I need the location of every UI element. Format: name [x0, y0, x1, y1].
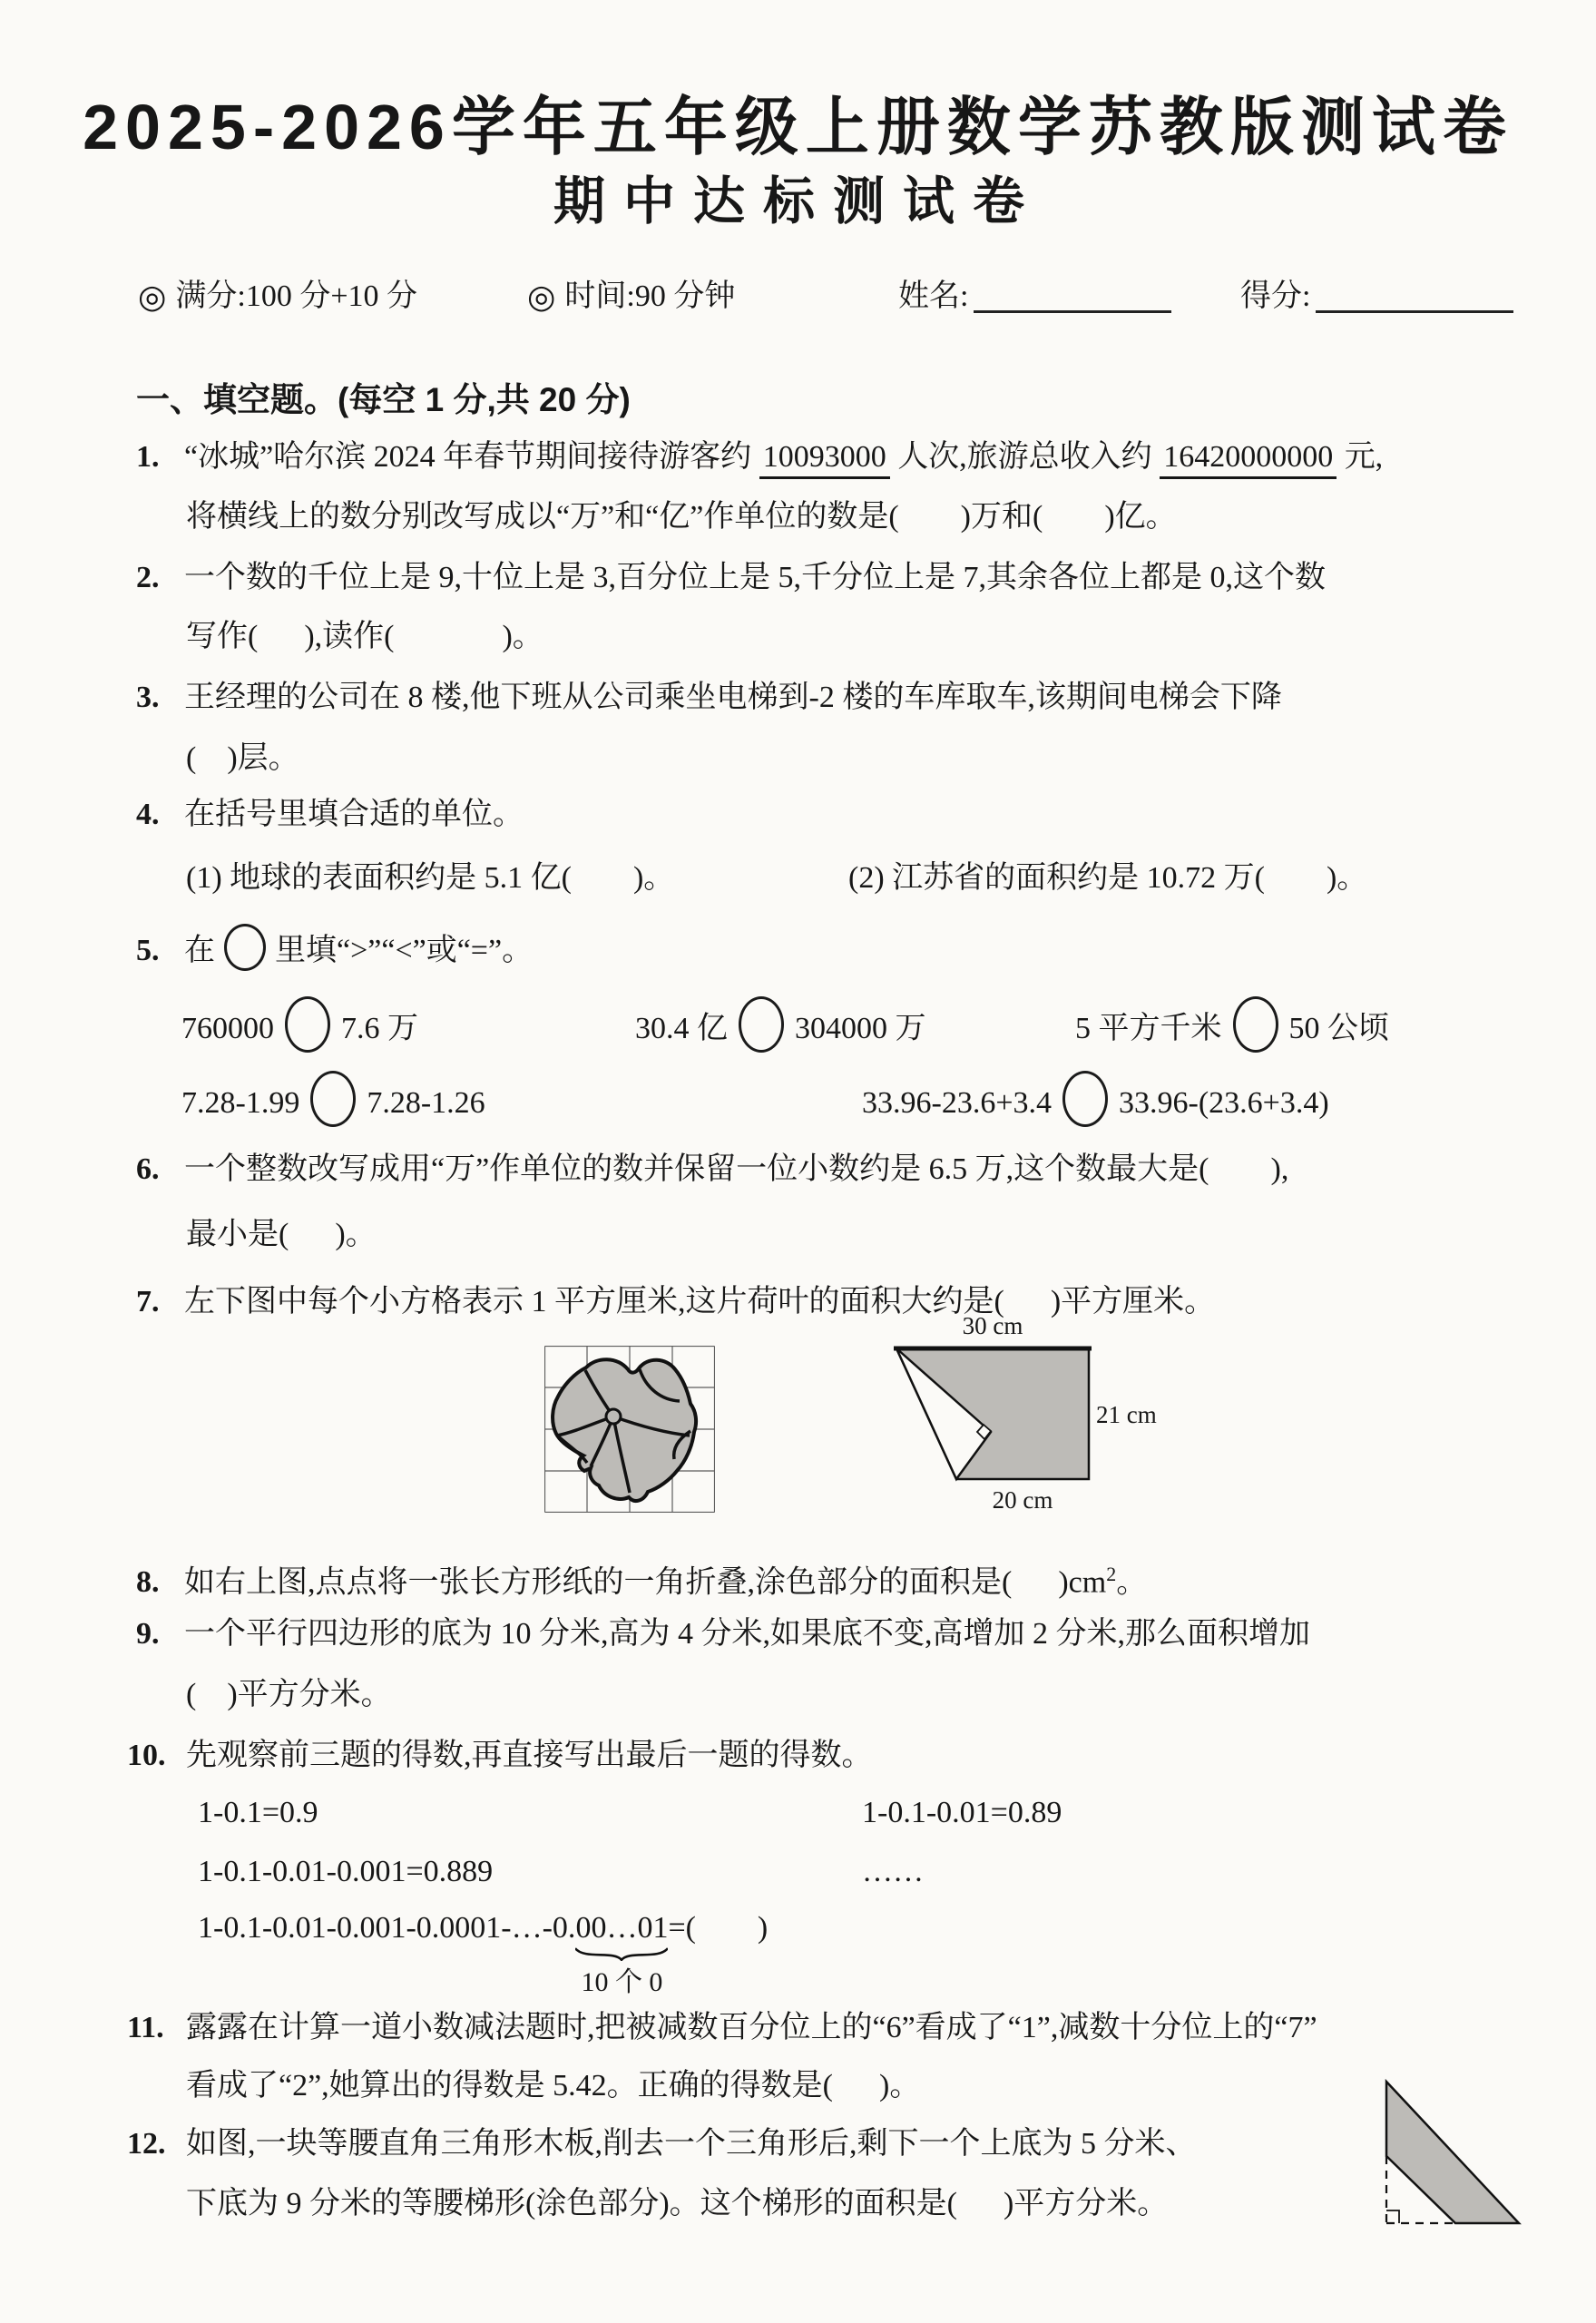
question-6-line-2: 最小是( )。 [186, 1214, 377, 1256]
full-score-info: ◎满分:100 分+10 分 [138, 270, 417, 316]
score-label: 得分: [1240, 279, 1310, 313]
question-2-line-2: 写作( ),读作( )。 [186, 616, 543, 658]
compare-item: 33.96-23.6+3.433.96-(23.6+3.4) [862, 1071, 1329, 1127]
equation: 1-0.1-0.01-0.001=0.889 [198, 1851, 493, 1893]
brace-count-label: 10 个 0 [581, 1962, 662, 2004]
question-number: 10. [127, 1735, 186, 1777]
right-operand: 7.6 万 [341, 1012, 418, 1045]
compare-circle-blank [285, 996, 330, 1053]
question-text: 先观察前三题的得数,再直接写出最后一题的得数。 [186, 1739, 873, 1772]
question-5-line-1: 5.在里填“>”“<”或“=”。 [136, 924, 533, 972]
question-number: 6. [136, 1149, 184, 1191]
top-dimension-label: 30 cm [963, 1312, 1023, 1339]
question-number: 3. [136, 677, 184, 719]
question-text: 一个平行四边形的底为 10 分米,高为 4 分米,如果底不变,高增加 2 分米,… [184, 1617, 1310, 1651]
paper-title: 2025-2026学年五年级上册数学苏教版测试卷 [0, 76, 1596, 168]
equation: 1-0.1-0.01=0.89 [862, 1792, 1062, 1834]
right-angle-marker [1386, 2210, 1399, 2223]
equation: 1-0.1=0.9 [198, 1792, 318, 1834]
compare-item: 5 平方千米50 公顷 [1075, 996, 1389, 1053]
question-text: 王经理的公司在 8 楼,他下班从公司乘坐电梯到-2 楼的车库取车,该期间电梯会下… [184, 681, 1282, 714]
shaded-trapezoid [1386, 2082, 1519, 2223]
question-11-line-2: 看成了“2”,她算出的得数是 5.42。正确的得数是( )。 [186, 2065, 920, 2107]
compare-item: 7.28-1.997.28-1.26 [181, 1071, 485, 1127]
lotus-leaf-grid-figure [544, 1346, 715, 1513]
question-number: 7. [136, 1281, 184, 1323]
compare-circle-blank [224, 924, 266, 971]
score-field: 得分: [1240, 270, 1513, 315]
left-operand: 760000 [181, 1012, 274, 1045]
test-paper-page: 2025-2026学年五年级上册数学苏教版测试卷 期中达标测试卷 ◎满分:100… [0, 0, 1596, 2323]
question-text: 如右上图,点点将一张长方形纸的一角折叠,涂色部分的面积是( )cm [184, 1565, 1106, 1599]
question-number: 8. [136, 1562, 184, 1603]
left-operand: 30.4 亿 [635, 1012, 728, 1045]
underlined-number: 10093000 [759, 440, 890, 479]
time-info: ◎时间:90 分钟 [527, 270, 735, 316]
score-blank-line [1316, 283, 1513, 313]
compare-circle-blank [739, 996, 784, 1053]
question-number: 11. [127, 2007, 186, 2049]
equation-text: 1-0.1-0.01-0.001-0.0001-…-0. [198, 1911, 575, 1945]
leaf-center [606, 1409, 621, 1424]
question-number: 5. [136, 930, 184, 972]
question-text: “冰城”哈尔滨 2024 年春节期间接待游客约 [184, 440, 759, 474]
question-1-line-1: 1.“冰城”哈尔滨 2024 年春节期间接待游客约 10093000 人次,旅游… [136, 436, 1383, 478]
right-operand: 50 公顷 [1289, 1012, 1390, 1045]
question-text: 人次,旅游总收入约 [890, 440, 1160, 474]
braced-digits: 00…01 [575, 1911, 668, 1945]
question-text: 露露在计算一道小数减法题时,把被减数百分位上的“6”看成了“1”,减数十分位上的… [186, 2011, 1317, 2044]
name-label: 姓名: [898, 279, 968, 313]
question-1-line-2: 将横线上的数分别改写成以“万”和“亿”作单位的数是( )万和( )亿。 [186, 496, 1177, 538]
question-number: 9. [136, 1613, 184, 1655]
name-field: 姓名: [898, 270, 1171, 315]
question-9-line-1: 9.一个平行四边形的底为 10 分米,高为 4 分米,如果底不变,高增加 2 分… [136, 1613, 1310, 1655]
question-8-line-1: 8.如右上图,点点将一张长方形纸的一角折叠,涂色部分的面积是( )cm2。 [136, 1554, 1147, 1603]
right-operand: 304000 万 [795, 1012, 926, 1045]
question-text: 一个整数改写成用“万”作单位的数并保留一位小数约是 6.5 万,这个数最大是( … [184, 1152, 1288, 1186]
question-text: 元, [1337, 440, 1383, 474]
question-text: 在 [184, 934, 215, 967]
section-heading: 一、填空题。(每空 1 分,共 20 分) [136, 372, 631, 421]
question-4-item-1: (1) 地球的表面积约是 5.1 亿( )。 [186, 858, 674, 899]
question-number: 4. [136, 794, 184, 836]
left-operand: 7.28-1.99 [181, 1086, 299, 1120]
name-blank-line [974, 283, 1171, 313]
question-text: 一个数的千位上是 9,十位上是 3,百分位上是 5,千分位上是 7,其余各位上都… [184, 561, 1326, 594]
superscript: 2 [1106, 1563, 1116, 1585]
left-operand: 33.96-23.6+3.4 [862, 1086, 1052, 1120]
compare-circle-blank [1233, 996, 1278, 1053]
full-score-label: 满分:100 分+10 分 [175, 279, 417, 313]
question-3-line-2: ( )层。 [186, 738, 299, 779]
question-9-line-2: ( )平方分米。 [186, 1674, 392, 1716]
paper-subtitle: 期中达标测试卷 [0, 160, 1596, 234]
question-10-line-1: 10.先观察前三题的得数,再直接写出最后一题的得数。 [127, 1735, 873, 1777]
question-12-line-1: 12.如图,一块等腰直角三角形木板,削去一个三角形后,剩下一个上底为 5 分米、 [127, 2123, 1197, 2165]
question-number: 2. [136, 557, 184, 599]
bottom-dimension-label: 20 cm [993, 1486, 1053, 1514]
question-4-line-1: 4.在括号里填合适的单位。 [136, 794, 524, 836]
question-11-line-1: 11.露露在计算一道小数减法题时,把被减数百分位上的“6”看成了“1”,减数十分… [127, 2007, 1317, 2049]
question-4-item-2: (2) 江苏省的面积约是 10.72 万( )。 [848, 858, 1367, 899]
left-operand: 5 平方千米 [1075, 1012, 1222, 1045]
underbrace-icon [575, 1947, 668, 1961]
right-dimension-label: 21 cm [1096, 1401, 1157, 1428]
question-12-line-2: 下底为 9 分米的等腰梯形(涂色部分)。这个梯形的面积是( )平方分米。 [186, 2183, 1168, 2225]
question-3-line-1: 3.王经理的公司在 8 楼,他下班从公司乘坐电梯到-2 楼的车库取车,该期间电梯… [136, 677, 1282, 719]
folded-paper-figure: 30 cm 21 cm 20 cm [889, 1312, 1189, 1530]
bullseye-icon: ◎ [138, 279, 166, 316]
time-label: 时间:90 分钟 [564, 279, 735, 313]
equation-text: =( ) [668, 1911, 768, 1945]
question-text: 里填“>”“<”或“=”。 [275, 934, 533, 967]
compare-circle-blank [1062, 1071, 1108, 1127]
right-operand: 33.96-(23.6+3.4) [1119, 1086, 1329, 1120]
compare-item: 7600007.6 万 [181, 996, 418, 1053]
question-2-line-1: 2.一个数的千位上是 9,十位上是 3,百分位上是 5,千分位上是 7,其余各位… [136, 557, 1326, 599]
compare-item: 30.4 亿304000 万 [635, 996, 926, 1053]
triangle-board-figure [1327, 2069, 1562, 2250]
braced-group: 00…0110 个 0 [575, 1907, 668, 1949]
compare-circle-blank [310, 1071, 356, 1127]
ellipsis: …… [862, 1851, 924, 1893]
underlined-number: 16420000000 [1160, 440, 1337, 479]
equation-with-brace: 1-0.1-0.01-0.001-0.0001-…-0.00…0110 个 0=… [198, 1907, 768, 1949]
question-number: 12. [127, 2123, 186, 2165]
question-number: 1. [136, 436, 184, 478]
question-text: 在括号里填合适的单位。 [184, 798, 524, 831]
bullseye-icon: ◎ [527, 279, 555, 316]
question-text: 。 [1116, 1565, 1147, 1599]
question-6-line-1: 6.一个整数改写成用“万”作单位的数并保留一位小数约是 6.5 万,这个数最大是… [136, 1149, 1288, 1191]
question-text: 如图,一块等腰直角三角形木板,削去一个三角形后,剩下一个上底为 5 分米、 [186, 2127, 1197, 2161]
right-operand: 7.28-1.26 [367, 1086, 485, 1120]
